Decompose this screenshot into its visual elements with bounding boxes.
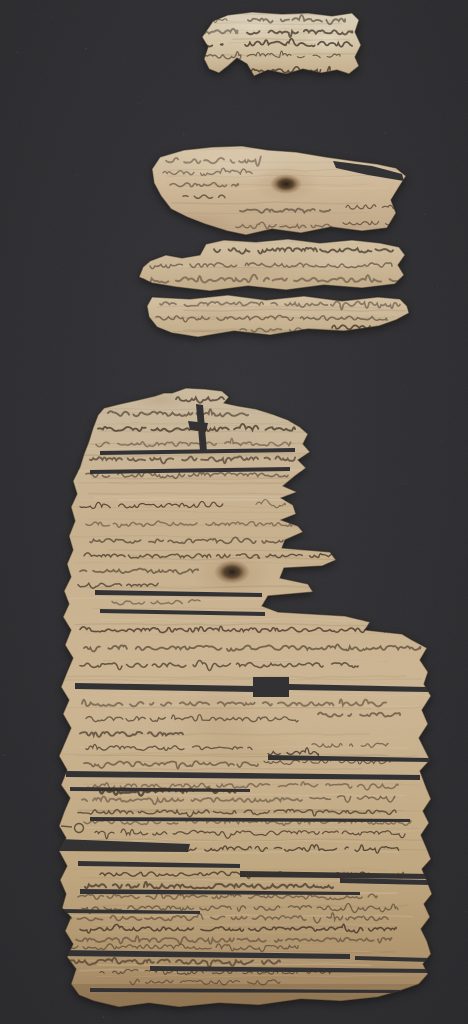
manuscript-photo [0,0,468,1024]
photograph [0,0,468,1024]
photo-grain-overlay [0,0,468,1024]
